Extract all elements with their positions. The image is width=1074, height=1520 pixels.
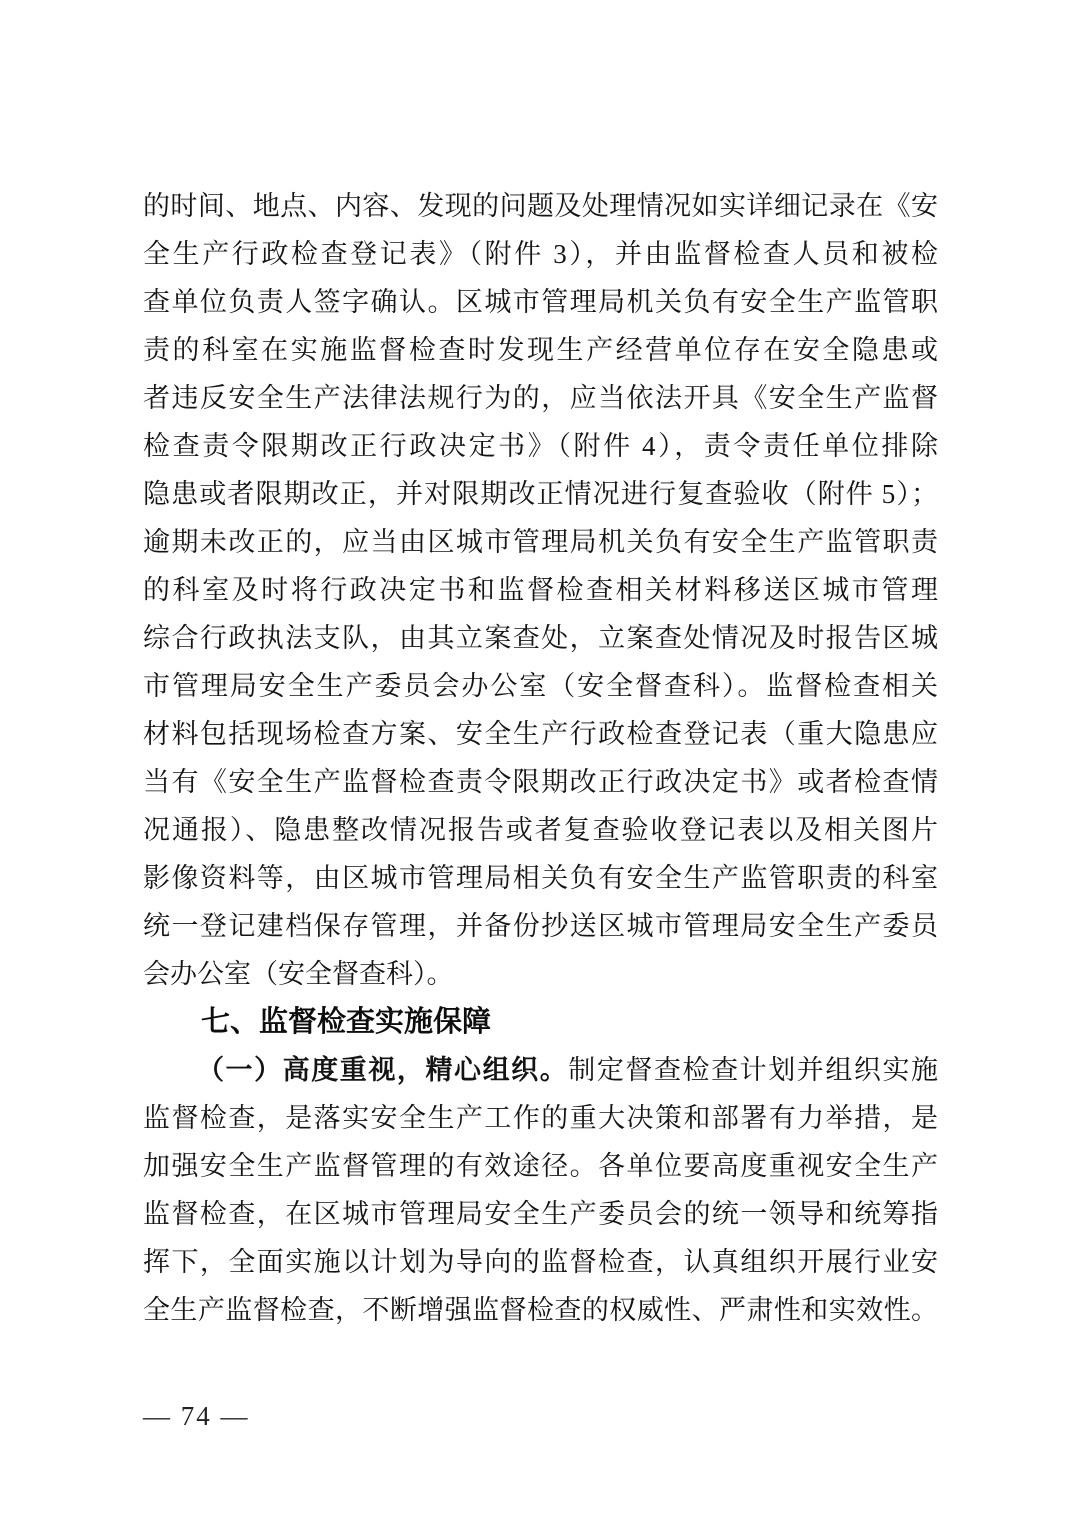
- text-line: 综合行政执法支队，由其立案查处，立案查处情况及时报告区城: [143, 614, 938, 662]
- text-line: 挥下，全面实施以计划为导向的监督检查，认真组织开展行业安: [143, 1238, 938, 1286]
- text-line: 隐患或者限期改正，并对限期改正情况进行复查验收（附件 5）；: [143, 470, 938, 518]
- text-line: 责的科室在实施监督检查时发现生产经营单位存在安全隐患或: [143, 326, 938, 374]
- text-line: 者违反安全生产法律法规行为的，应当依法开具《安全生产监督: [143, 374, 938, 422]
- text-line: 查单位负责人签字确认。区城市管理局机关负有安全生产监管职: [143, 278, 938, 326]
- page-number: — 74 —: [143, 1396, 250, 1436]
- section-heading: 七、监督检查实施保障: [143, 998, 938, 1046]
- text-line: 全生产行政检查登记表》（附件 3），并由监督检查人员和被检: [143, 230, 938, 278]
- text-line: 会办公室（安全督查科）。: [143, 950, 938, 998]
- text-line: 材料包括现场检查方案、安全生产行政检查登记表（重大隐患应: [143, 710, 938, 758]
- paragraph-2: （一）高度重视，精心组织。制定督查检查计划并组织实施 监督检查，是落实安全生产工…: [143, 1046, 938, 1334]
- text-line: 逾期未改正的，应当由区城市管理局机关负有安全生产监管职责: [143, 518, 938, 566]
- text-line: 影像资料等，由区城市管理局相关负有安全生产监管职责的科室: [143, 854, 938, 902]
- text-line: 的科室及时将行政决定书和监督检查相关材料移送区城市管理: [143, 566, 938, 614]
- text-line: 监督检查，是落实安全生产工作的重大决策和部署有力举措，是: [143, 1094, 938, 1142]
- text-line: 监督检查，在区城市管理局安全生产委员会的统一领导和统筹指: [143, 1190, 938, 1238]
- document-page: 的时间、地点、内容、发现的问题及处理情况如实详细记录在《安 全生产行政检查登记表…: [0, 0, 1074, 1520]
- paragraph-lead-rest: 制定督查检查计划并组织实施: [568, 1055, 938, 1085]
- text-line: 市管理局安全生产委员会办公室（安全督查科）。监督检查相关: [143, 662, 938, 710]
- text-line: 当有《安全生产监督检查责令限期改正行政决定书》或者检查情: [143, 758, 938, 806]
- text-line: 统一登记建档保存管理，并备份抄送区城市管理局安全生产委员: [143, 902, 938, 950]
- document-body: 的时间、地点、内容、发现的问题及处理情况如实详细记录在《安 全生产行政检查登记表…: [143, 182, 938, 1334]
- text-line: 加强安全生产监督管理的有效途径。各单位要高度重视安全生产: [143, 1142, 938, 1190]
- text-line: 的时间、地点、内容、发现的问题及处理情况如实详细记录在《安: [143, 182, 938, 230]
- text-line: 检查责令限期改正行政决定书》（附件 4），责令责任单位排除: [143, 422, 938, 470]
- text-line: 全生产监督检查，不断增强监督检查的权威性、严肃性和实效性。: [143, 1286, 938, 1334]
- paragraph-lead-bold: （一）高度重视，精心组织。: [197, 1055, 568, 1085]
- paragraph-1: 的时间、地点、内容、发现的问题及处理情况如实详细记录在《安 全生产行政检查登记表…: [143, 182, 938, 998]
- text-line: 况通报）、隐患整改情况报告或者复查验收登记表以及相关图片: [143, 806, 938, 854]
- text-line: （一）高度重视，精心组织。制定督查检查计划并组织实施: [143, 1046, 938, 1094]
